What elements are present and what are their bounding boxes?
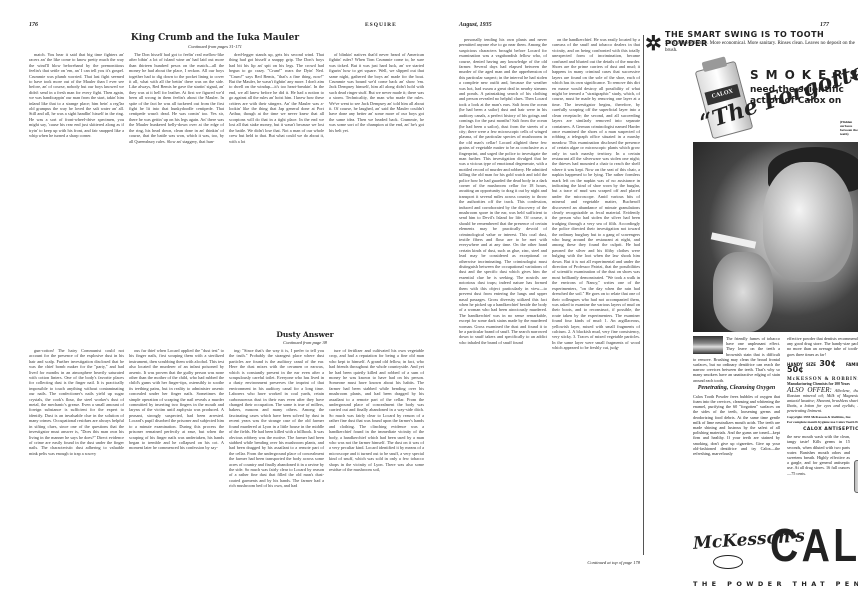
family-size-price: 50¢ (787, 365, 804, 374)
article-continued-note: Continued from page 38 (180, 340, 430, 345)
column-text: The Don hisself had got to feelin' real … (129, 52, 224, 144)
article-column: dred-legger stands up, gets his second w… (229, 52, 324, 257)
article-column: The Don hisself had got to feelin' real … (129, 52, 224, 257)
column-text: ing: "Since that's the way it is, I pref… (229, 348, 324, 489)
handy-size-price: 30¢ (819, 359, 836, 368)
column-text: ture of fertilizer and cultivated his ow… (329, 348, 424, 472)
asterisk-icon: ✲ (645, 34, 662, 54)
article-title: Dusty Answer (180, 330, 430, 339)
ad-subheading: Penetrating, Cleansing Oxygen (693, 385, 780, 392)
article-column: on the handkerchief. He was easily locat… (552, 37, 640, 582)
antiseptic-bottle-image (854, 460, 858, 493)
article-column: ous fur thief when Locard applied the "d… (129, 348, 224, 600)
column-text: of blinkin' natives that'd never heard o… (329, 52, 424, 133)
also-offer: ALSO OFFER: Albolene, the original Russi… (787, 388, 858, 414)
column-text: dred-legger stands up, gets his second w… (229, 52, 324, 144)
column-divider (643, 35, 644, 555)
right-page: August, 1935 177 personally tending his … (430, 0, 858, 600)
ad-intro-text: effective powder that dentists recommend… (787, 336, 858, 357)
ad-tagline: THE POWDER THAT PENETRATES (693, 580, 858, 588)
article-title: King Crumb and the Iuka Mauler (0, 33, 430, 43)
antiseptic-body: the new mouth wash with the clean, tangy… (787, 434, 850, 476)
calox-brand-logo: CALOX (770, 522, 858, 568)
issue-date: August, 1935 (459, 22, 492, 28)
hidden-surfaces-note: (Hidden surfaces between the teeth) (840, 120, 858, 136)
column-text: on the handkerchief. He was easily locat… (552, 37, 640, 351)
photo-hand (713, 252, 773, 332)
article-column: personally tending his own plants and ne… (459, 37, 547, 582)
photo-face (763, 162, 853, 282)
tin-cap (702, 56, 728, 72)
article-column: ture of fertilizer and cultivated his ow… (329, 348, 424, 600)
teeth-illustration (693, 336, 723, 354)
calox-advertisement: ✲ THE SMART SWING IS TO TOOTH POWDER Saf… (645, 30, 858, 600)
page-number: 177 (820, 22, 829, 28)
article-column: ing: "Since that's the way it is, I pref… (229, 348, 324, 600)
page-number: 176 (29, 22, 38, 28)
ad-body-column-2: effective powder that dentists recommend… (787, 336, 858, 476)
continued-note: Continued at top of page 178 (552, 560, 640, 565)
column-text: personally tending his own plants and ne… (459, 37, 547, 345)
smoking-man-photo (693, 142, 858, 332)
ad-body-text: Calox Tooth Powder frees bubbles of oxyg… (693, 394, 780, 456)
column-text: ous fur thief when Locard applied the "d… (129, 348, 224, 451)
family-size-label: FAMILY SIZE (846, 362, 858, 367)
cigarette (711, 232, 756, 248)
complete-hygiene-line: For complete mouth hygiene use Calox Too… (787, 420, 858, 425)
masthead: ESQUIRE (365, 22, 397, 28)
ad-subhead: Safer. More effective. More economical. … (665, 41, 855, 54)
price-line: HANDY SIZE 30¢ FAMILY SIZE 50¢ (787, 361, 858, 373)
article-continued-note: Continued from pages 31-171 (0, 44, 430, 49)
mckesson-seal-icon (713, 555, 743, 569)
article-column: of blinkin' natives that'd never heard o… (329, 52, 424, 257)
article-column: match. You hear it said that big time fi… (29, 52, 124, 257)
column-text: match. You hear it said that big time fi… (29, 52, 124, 139)
column-text: gun-cotton! The hairy Communist could no… (29, 348, 124, 456)
antiseptic-title: CALOX ANTISEPTIC (787, 427, 858, 432)
left-page: 176 ESQUIRE King Crumb and the Iuka Maul… (0, 0, 430, 600)
article-column: gun-cotton! The hairy Communist could no… (29, 348, 124, 600)
ad-body-column-1: The friendly fumes of tobacco have one u… (693, 336, 780, 456)
